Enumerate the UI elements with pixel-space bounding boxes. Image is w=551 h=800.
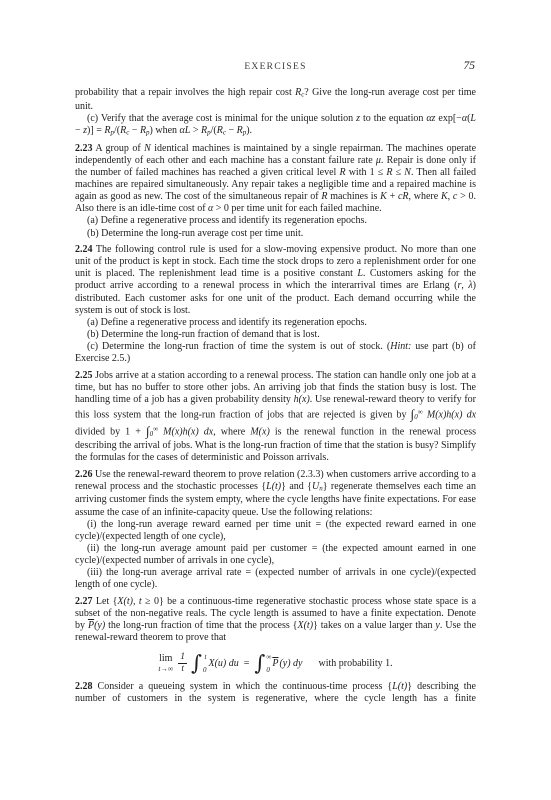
- text-run: M(x): [250, 426, 269, 437]
- text-run: probability that a repair involves the h…: [75, 87, 295, 98]
- text-run: to the equation: [360, 113, 426, 124]
- text-run: >: [190, 125, 201, 136]
- fraction-numerator: 1: [178, 652, 187, 664]
- text-run: K: [441, 191, 448, 202]
- text-run: ).: [246, 125, 252, 136]
- exercise-2-24: 2.24 The following control rule is used …: [75, 244, 476, 317]
- item-b: (b) Determine the long-run average cost …: [75, 228, 476, 240]
- text-run: (b) Determine the long-run average cost …: [87, 228, 303, 239]
- text-run: > 0 per time unit for each failed machin…: [213, 203, 381, 214]
- text-flow-upper: probability that a repair involves the h…: [75, 87, 476, 644]
- text-run: K: [380, 191, 387, 202]
- item-ii: (ii) the long-run average amount paid pe…: [75, 543, 476, 567]
- text-run: with 1 ≤: [346, 167, 387, 178]
- running-head: EXERCISES: [75, 62, 476, 72]
- text-flow-lower: 2.28 Consider a queueing system in which…: [75, 681, 476, 705]
- text-run: ) when: [150, 125, 180, 136]
- equals-sign: =: [244, 658, 250, 669]
- text-run: 2.24: [75, 244, 93, 255]
- text-run: (y): [94, 620, 105, 631]
- text-run: M(x)h(x) dx: [423, 409, 476, 420]
- lim-subscript: t→∞: [158, 665, 173, 673]
- probability-note: with probability 1.: [319, 658, 393, 669]
- integral-0-to-infinity: ∫ ∞ 0: [254, 653, 271, 674]
- exercise-2-27: 2.27 Let {X(t), t ≥ 0} be a continuous-t…: [75, 596, 476, 644]
- integrand-p-of-y: (y) dy: [279, 658, 302, 669]
- text-run: Consider a queueing system in which the …: [93, 681, 393, 692]
- text-run: Let {: [93, 596, 118, 607]
- fraction-one-over-t: 1 t: [178, 652, 187, 675]
- text-run: L: [470, 113, 476, 124]
- text-run: (i) the long-run average reward earned p…: [75, 519, 476, 542]
- integral-sign: ∫: [191, 654, 202, 673]
- limit-operator: lim t→∞: [158, 654, 173, 673]
- text-run: } takes on a value larger than: [313, 620, 435, 631]
- text-run: 2.25: [75, 370, 93, 381]
- integrand-x-of-u: X(u) du: [208, 658, 238, 669]
- text-run: 2.23: [75, 143, 93, 154]
- text-run: 2.28: [75, 681, 93, 692]
- text-run: +: [387, 191, 398, 202]
- text-run: (ii) the long-run average amount paid pe…: [75, 543, 476, 566]
- text-run: exp[−: [435, 113, 461, 124]
- integral-limits: ∞ 0: [266, 653, 271, 674]
- text-run: (b) Determine the long-run fraction of d…: [87, 329, 320, 340]
- text-run: divided by 1 +: [75, 426, 146, 437]
- item-c: (c) Verify that the average cost is mini…: [75, 113, 476, 139]
- text-run: L(t): [266, 481, 281, 492]
- text-run: Hint:: [390, 341, 411, 352]
- text-run: N: [144, 143, 151, 154]
- p-bar-symbol: P: [272, 658, 278, 669]
- page-content: EXERCISES 75 probability that a repair i…: [75, 62, 476, 705]
- text-run: } and {: [281, 481, 312, 492]
- para-continuation: probability that a repair involves the h…: [75, 87, 476, 113]
- text-run: M(x)h(x) dx: [158, 426, 213, 437]
- text-run: αL: [180, 125, 191, 136]
- item-i: (i) the long-run average reward earned p…: [75, 519, 476, 543]
- equation-2-27: lim t→∞ 1 t ∫ t 0 X(u) du = ∫ ∞ 0: [75, 652, 476, 675]
- text-run: ≤: [393, 167, 405, 178]
- item-c: (c) Determine the long-run fraction of t…: [75, 341, 476, 365]
- exercise-2-28: 2.28 Consider a queueing system in which…: [75, 681, 476, 705]
- text-run: h(x): [294, 394, 310, 405]
- text-run: (a) Define a regenerative process and id…: [87, 215, 367, 226]
- text-run: cR: [398, 191, 409, 202]
- fraction-denominator: t: [179, 664, 186, 675]
- integral-0-to-t: ∫ t 0: [191, 653, 206, 674]
- integral-lower-limit: 0: [203, 666, 207, 674]
- item-iii: (iii) the long-run average arrival rate …: [75, 567, 476, 591]
- text-run: (iii) the long-run average arrival rate …: [75, 567, 476, 590]
- integral-upper-limit: ∞: [266, 653, 271, 661]
- book-page: EXERCISES 75 probability that a repair i…: [0, 0, 551, 800]
- integral-limits: t 0: [203, 653, 207, 674]
- exercise-2-25: 2.25 Jobs arrive at a station according …: [75, 370, 476, 465]
- item-a: (a) Define a regenerative process and id…: [75, 317, 476, 329]
- text-run: −: [226, 125, 237, 136]
- text-run: −: [129, 125, 140, 136]
- text-run: (c) Verify that the average cost is mini…: [87, 113, 356, 124]
- item-b: (b) Determine the long-run fraction of d…: [75, 329, 476, 341]
- integral-upper-limit: t: [205, 653, 207, 661]
- exercise-2-26: 2.26 Use the renewal-reward theorem to p…: [75, 469, 476, 519]
- integral-sign: ∫: [254, 654, 265, 673]
- integral-lower-limit: 0: [266, 666, 270, 674]
- text-run: X(t): [297, 620, 313, 631]
- text-run: 2.26: [75, 469, 93, 480]
- page-header: EXERCISES 75: [75, 62, 476, 74]
- text-run: , where: [213, 426, 250, 437]
- text-run: (c) Determine the long-run fraction of t…: [87, 341, 390, 352]
- lim-label: lim: [159, 654, 172, 664]
- text-run: the long-run fraction of time that the p…: [105, 620, 297, 631]
- text-run: (a) Define a regenerative process and id…: [87, 317, 367, 328]
- text-run: machines is: [327, 191, 380, 202]
- text-run: −: [75, 125, 83, 136]
- text-run: N: [404, 167, 411, 178]
- text-run: X(t), t: [117, 596, 141, 607]
- text-run: , where: [409, 191, 441, 202]
- text-run: A group of: [93, 143, 145, 154]
- text-run: L(t): [392, 681, 407, 692]
- exercise-2-23: 2.23 A group of N identical machines is …: [75, 143, 476, 216]
- item-a: (a) Define a regenerative process and id…: [75, 215, 476, 227]
- text-run: 2.27: [75, 596, 93, 607]
- page-number: 75: [464, 60, 476, 72]
- text-run: )] =: [87, 125, 104, 136]
